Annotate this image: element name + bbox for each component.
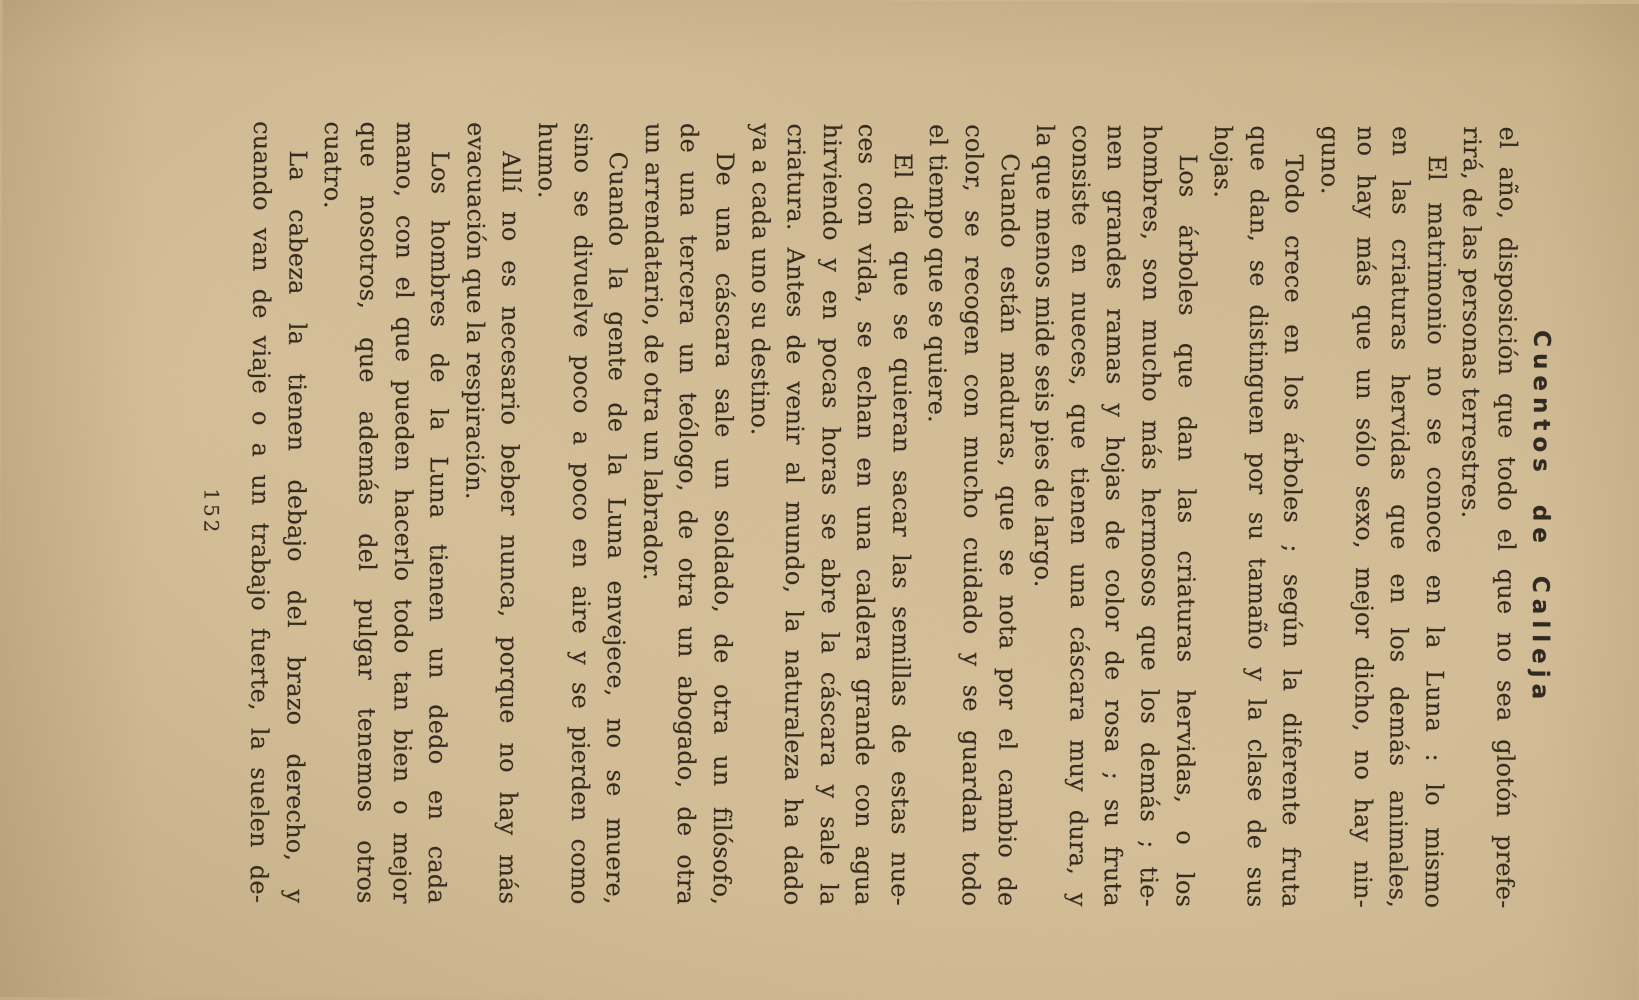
text-line: cuando van de viaje o a un trabajo fuert… <box>240 120 279 902</box>
text-line: el tiempo que se quiere. <box>916 123 955 905</box>
text-line: cuatro. <box>311 121 350 903</box>
text-line: criatura. Antes de venir al mundo, la na… <box>774 123 813 905</box>
text-line: hojas. <box>1201 125 1240 907</box>
text-line: un arrendatario, de otra un labrador. <box>631 122 670 904</box>
text-line: rirá, de las personas terrestres. <box>1450 126 1489 908</box>
scan-canvas: Cuentos de Calleja el año, disposición q… <box>0 0 1639 1000</box>
text-line: La cabeza la tienen debajo del brazo der… <box>275 121 314 903</box>
text-line: la que menos mide seis pies de largo. <box>1023 124 1062 906</box>
text-line: guno. <box>1308 125 1347 907</box>
text-line: en las criaturas hervidas que en los dem… <box>1379 125 1418 907</box>
text-line: que nosotros, que además del pulgar tene… <box>347 121 386 903</box>
text-block: el año, disposición que todo el que no s… <box>240 120 1525 908</box>
text-line: De una cáscara sale un soldado, de otra … <box>703 123 742 905</box>
text-line: ya a cada uno su destino. <box>738 123 777 905</box>
text-line: nen grandes ramas y hojas de color de ro… <box>1094 124 1133 906</box>
text-line: sino se divuelve poco a poco en aire y s… <box>560 122 599 904</box>
text-line: Todo crece en los árboles ; según la dif… <box>1272 125 1311 907</box>
running-head: Cuentos de Calleja <box>1525 126 1554 908</box>
text-line: hombres, son mucho más hermosos que los … <box>1130 124 1169 906</box>
page-number: 152 <box>197 120 224 902</box>
text-line: Los hombres de la Luna tienen un dedo en… <box>418 121 457 903</box>
text-line: el año, disposición que todo el que no s… <box>1486 126 1525 908</box>
text-line: de una tercera un teólogo, de otra un ab… <box>667 122 706 904</box>
text-line: Allí no es necesario beber nunca, porque… <box>489 122 528 904</box>
book-page: Cuentos de Calleja el año, disposición q… <box>0 0 1639 1000</box>
text-line: hirviendo y en pocas horas se abre la cá… <box>809 123 848 905</box>
text-line: consiste en nueces, que tienen una cásca… <box>1059 124 1098 906</box>
text-line: humo. <box>525 122 564 904</box>
text-line: no hay más que un sólo sexo, mejor dicho… <box>1343 125 1382 907</box>
text-line: mano, con el que pueden hacerlo todo tan… <box>382 121 421 903</box>
text-line: color, se recogen con mucho cuidado y se… <box>952 124 991 906</box>
text-line: Cuando están maduras, que se nota por el… <box>987 124 1026 906</box>
text-line: El matrimonio no se conoce en la Luna : … <box>1414 126 1453 908</box>
text-line: El día que se quieran sacar las semillas… <box>881 123 920 905</box>
text-line: Los árboles que dan las criaturas hervid… <box>1165 125 1204 907</box>
text-line: evacuación que la respiración. <box>453 121 492 903</box>
text-line: Cuando la gente de la Luna envejece, no … <box>596 122 635 904</box>
text-line: ces con vida, se echan en una caldera gr… <box>845 123 884 905</box>
text-line: que dan, se distinguen por su tamaño y l… <box>1236 125 1275 907</box>
